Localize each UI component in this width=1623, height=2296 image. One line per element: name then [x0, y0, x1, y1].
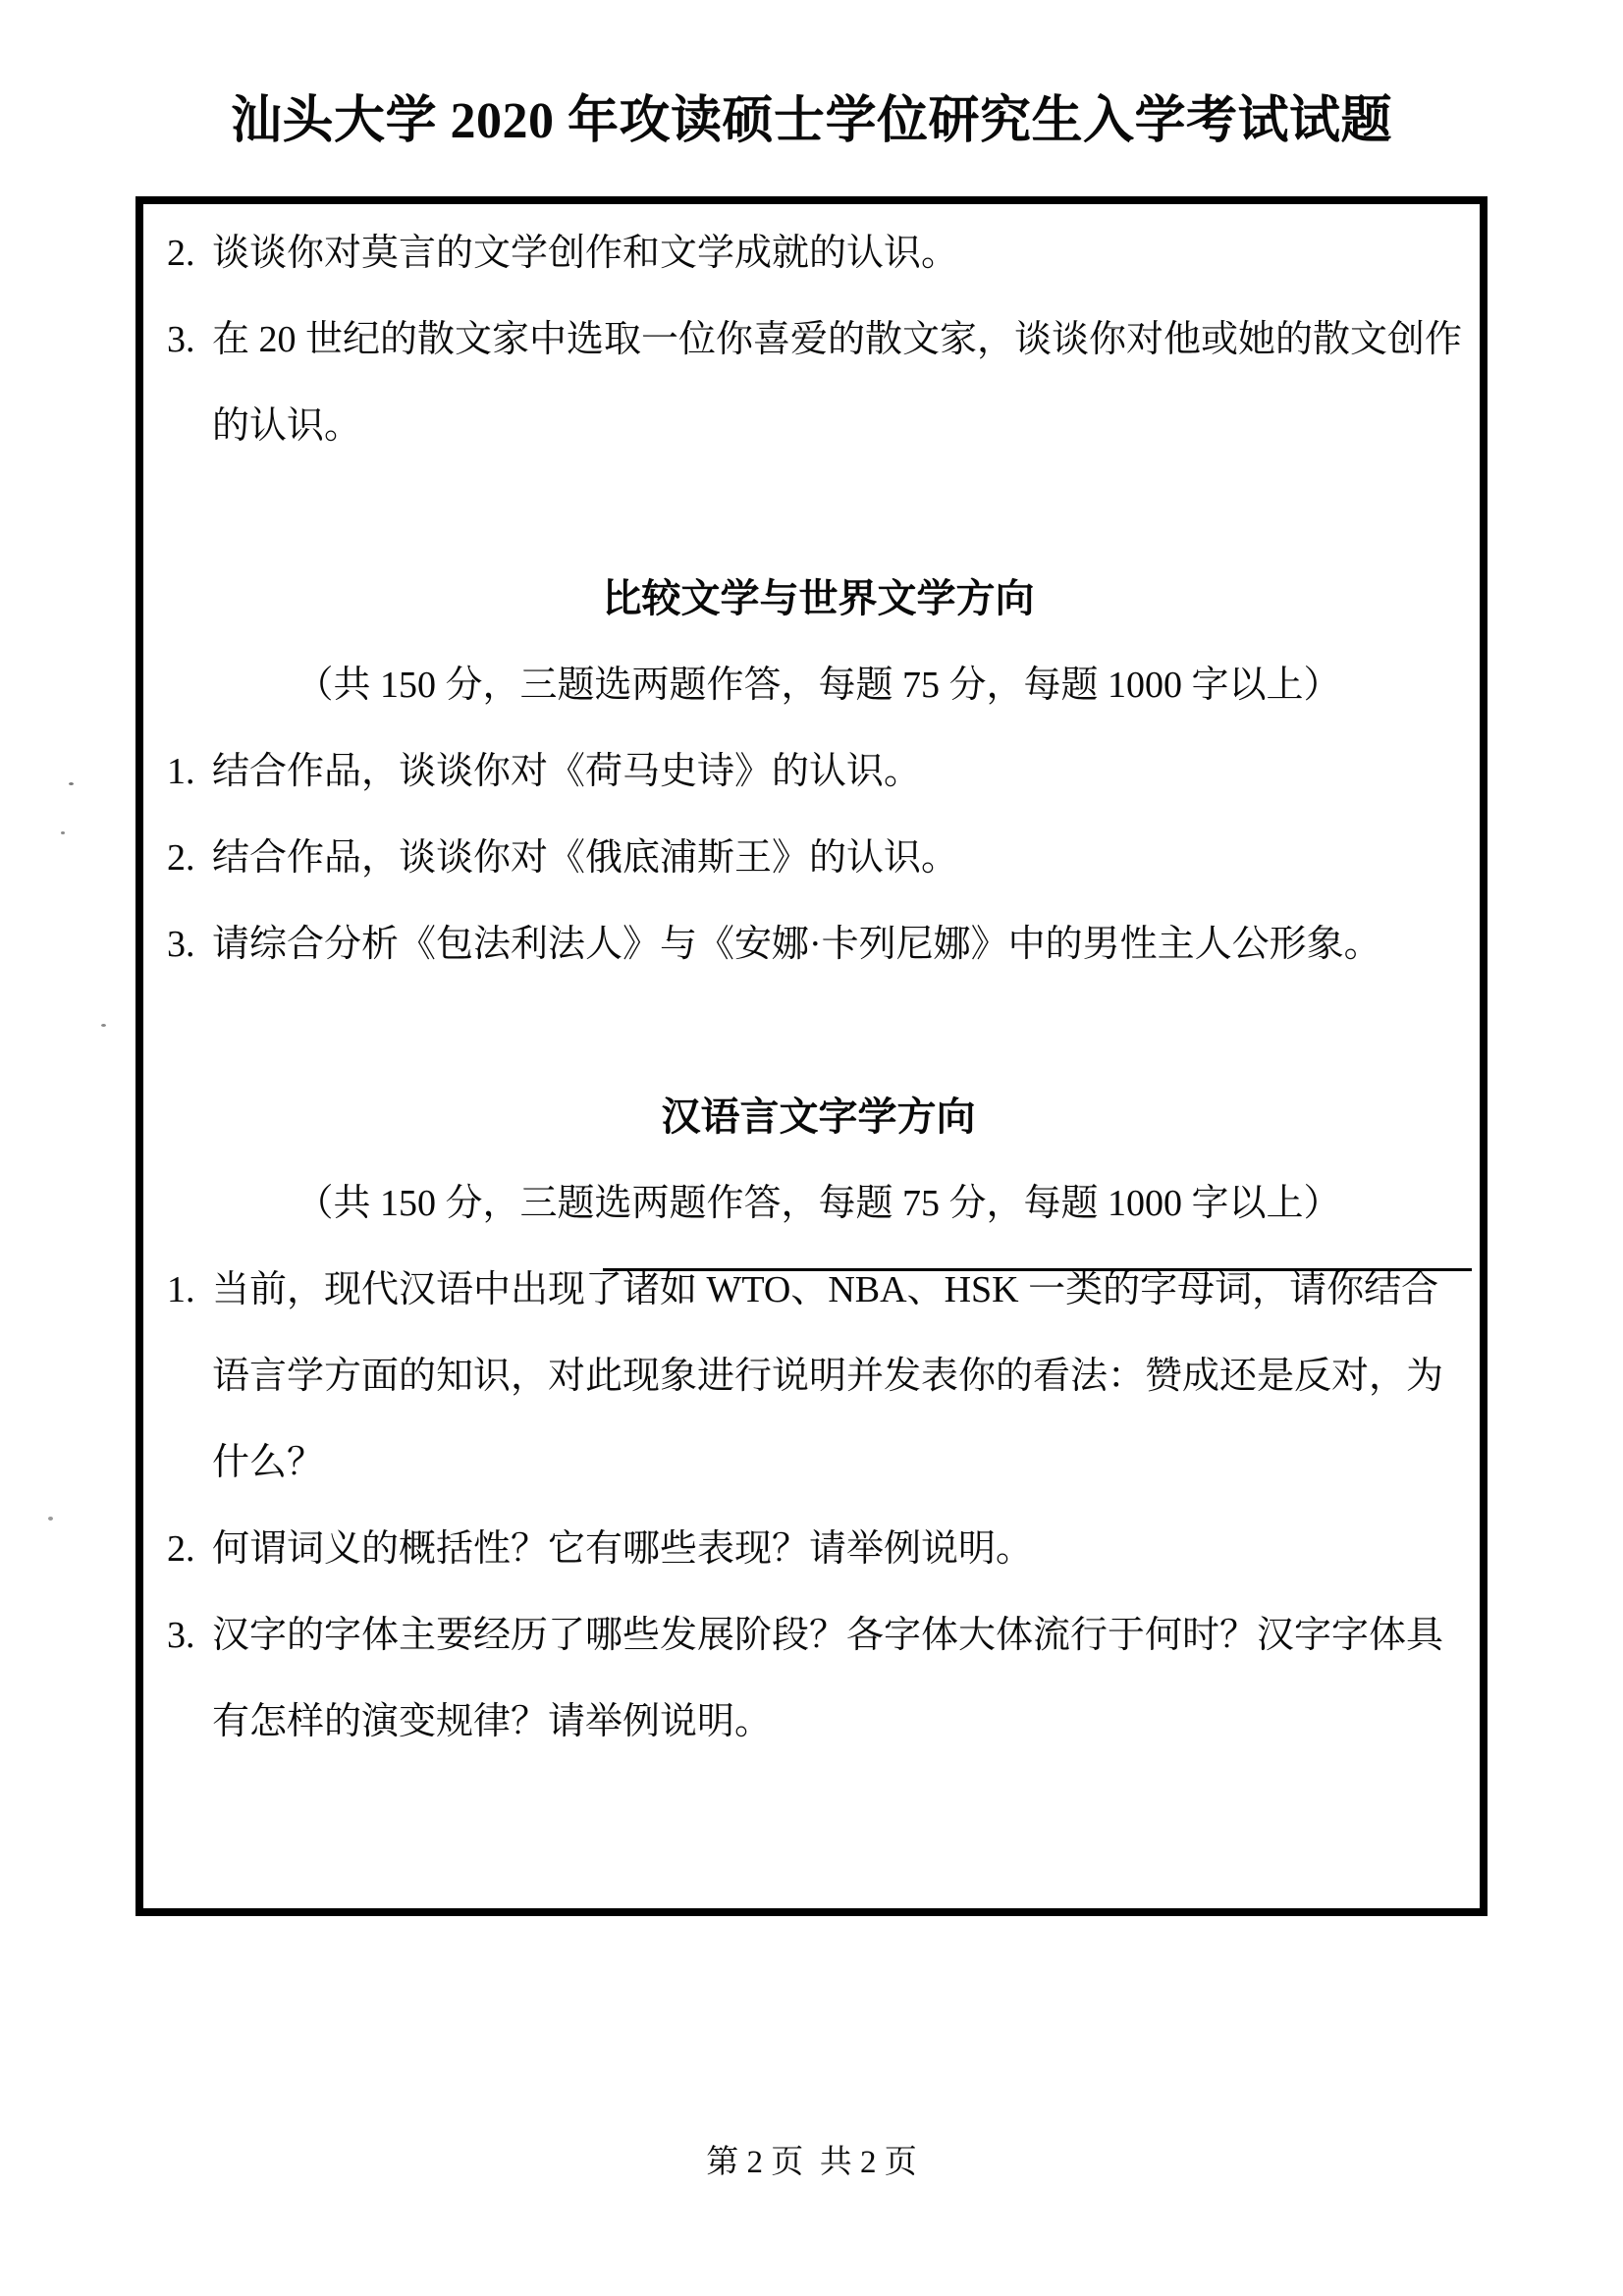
question-number: 2. [167, 1506, 212, 1592]
question-item: 2. 谈谈你对莫言的文学创作和文学成就的认识。 [167, 210, 1470, 296]
question-text: 在 20 世纪的散文家中选取一位你喜爱的散文家，谈谈你对他或她的散文创作的认识。 [212, 296, 1470, 469]
question-item: 2. 结合作品，谈谈你对《俄底浦斯王》的认识。 [167, 815, 1470, 901]
scan-speck [101, 1024, 106, 1027]
section-heading-chinese-philology: 汉语言文字学方向 [167, 1074, 1470, 1160]
scan-speck [69, 782, 74, 785]
page-footer: 第 2 页 共 2 页 [0, 2136, 1623, 2182]
question-item: 3. 汉字的字体主要经历了哪些发展阶段？各字体大体流行于何时？汉字字体具有怎样的… [167, 1592, 1470, 1765]
blank-line [167, 988, 1470, 1074]
scan-speck [48, 1517, 53, 1521]
page-title: 汕头大学 2020 年攻读硕士学位研究生入学考试试题 [0, 92, 1623, 151]
question-text: 何谓词义的概括性？它有哪些表现？请举例说明。 [212, 1506, 1470, 1592]
question-number: 1. [167, 728, 212, 815]
question-number: 3. [167, 901, 212, 988]
question-item: 3. 在 20 世纪的散文家中选取一位你喜爱的散文家，谈谈你对他或她的散文创作的… [167, 296, 1470, 469]
scan-speck [61, 831, 65, 834]
section-heading-comparative-literature: 比较文学与世界文学方向 [167, 556, 1470, 642]
section-note: （共 150 分，三题选两题作答，每题 75 分，每题 1000 字以上） [167, 642, 1470, 728]
question-number: 3. [167, 296, 212, 383]
section-note: （共 150 分，三题选两题作答，每题 75 分，每题 1000 字以上） [167, 1160, 1470, 1247]
question-text: 请综合分析《包法利法人》与《安娜·卡列尼娜》中的男性主人公形象。 [212, 901, 1470, 988]
question-number: 2. [167, 815, 212, 901]
question-box: 2. 谈谈你对莫言的文学创作和文学成就的认识。 3. 在 20 世纪的散文家中选… [135, 196, 1488, 1916]
exam-paper-page: 汕头大学 2020 年攻读硕士学位研究生入学考试试题 2. 谈谈你对莫言的文学创… [0, 0, 1623, 2296]
question-number: 1. [167, 1247, 212, 1333]
question-number: 3. [167, 1592, 212, 1679]
question-text: 结合作品，谈谈你对《荷马史诗》的认识。 [212, 728, 1470, 815]
question-item: 3. 请综合分析《包法利法人》与《安娜·卡列尼娜》中的男性主人公形象。 [167, 901, 1470, 988]
question-text: 汉字的字体主要经历了哪些发展阶段？各字体大体流行于何时？汉字字体具有怎样的演变规… [212, 1592, 1470, 1765]
question-item: 1. 结合作品，谈谈你对《荷马史诗》的认识。 [167, 728, 1470, 815]
question-text: 结合作品，谈谈你对《俄底浦斯王》的认识。 [212, 815, 1470, 901]
question-text: 当前，现代汉语中出现了诸如 WTO、NBA、HSK 一类的字母词，请你结合语言学… [212, 1247, 1470, 1506]
question-text: 谈谈你对莫言的文学创作和文学成就的认识。 [212, 210, 1470, 296]
scan-artifact-line [603, 1268, 1472, 1271]
question-item: 2. 何谓词义的概括性？它有哪些表现？请举例说明。 [167, 1506, 1470, 1592]
question-item: 1. 当前，现代汉语中出现了诸如 WTO、NBA、HSK 一类的字母词，请你结合… [167, 1247, 1470, 1506]
blank-line [167, 469, 1470, 556]
question-number: 2. [167, 210, 212, 296]
